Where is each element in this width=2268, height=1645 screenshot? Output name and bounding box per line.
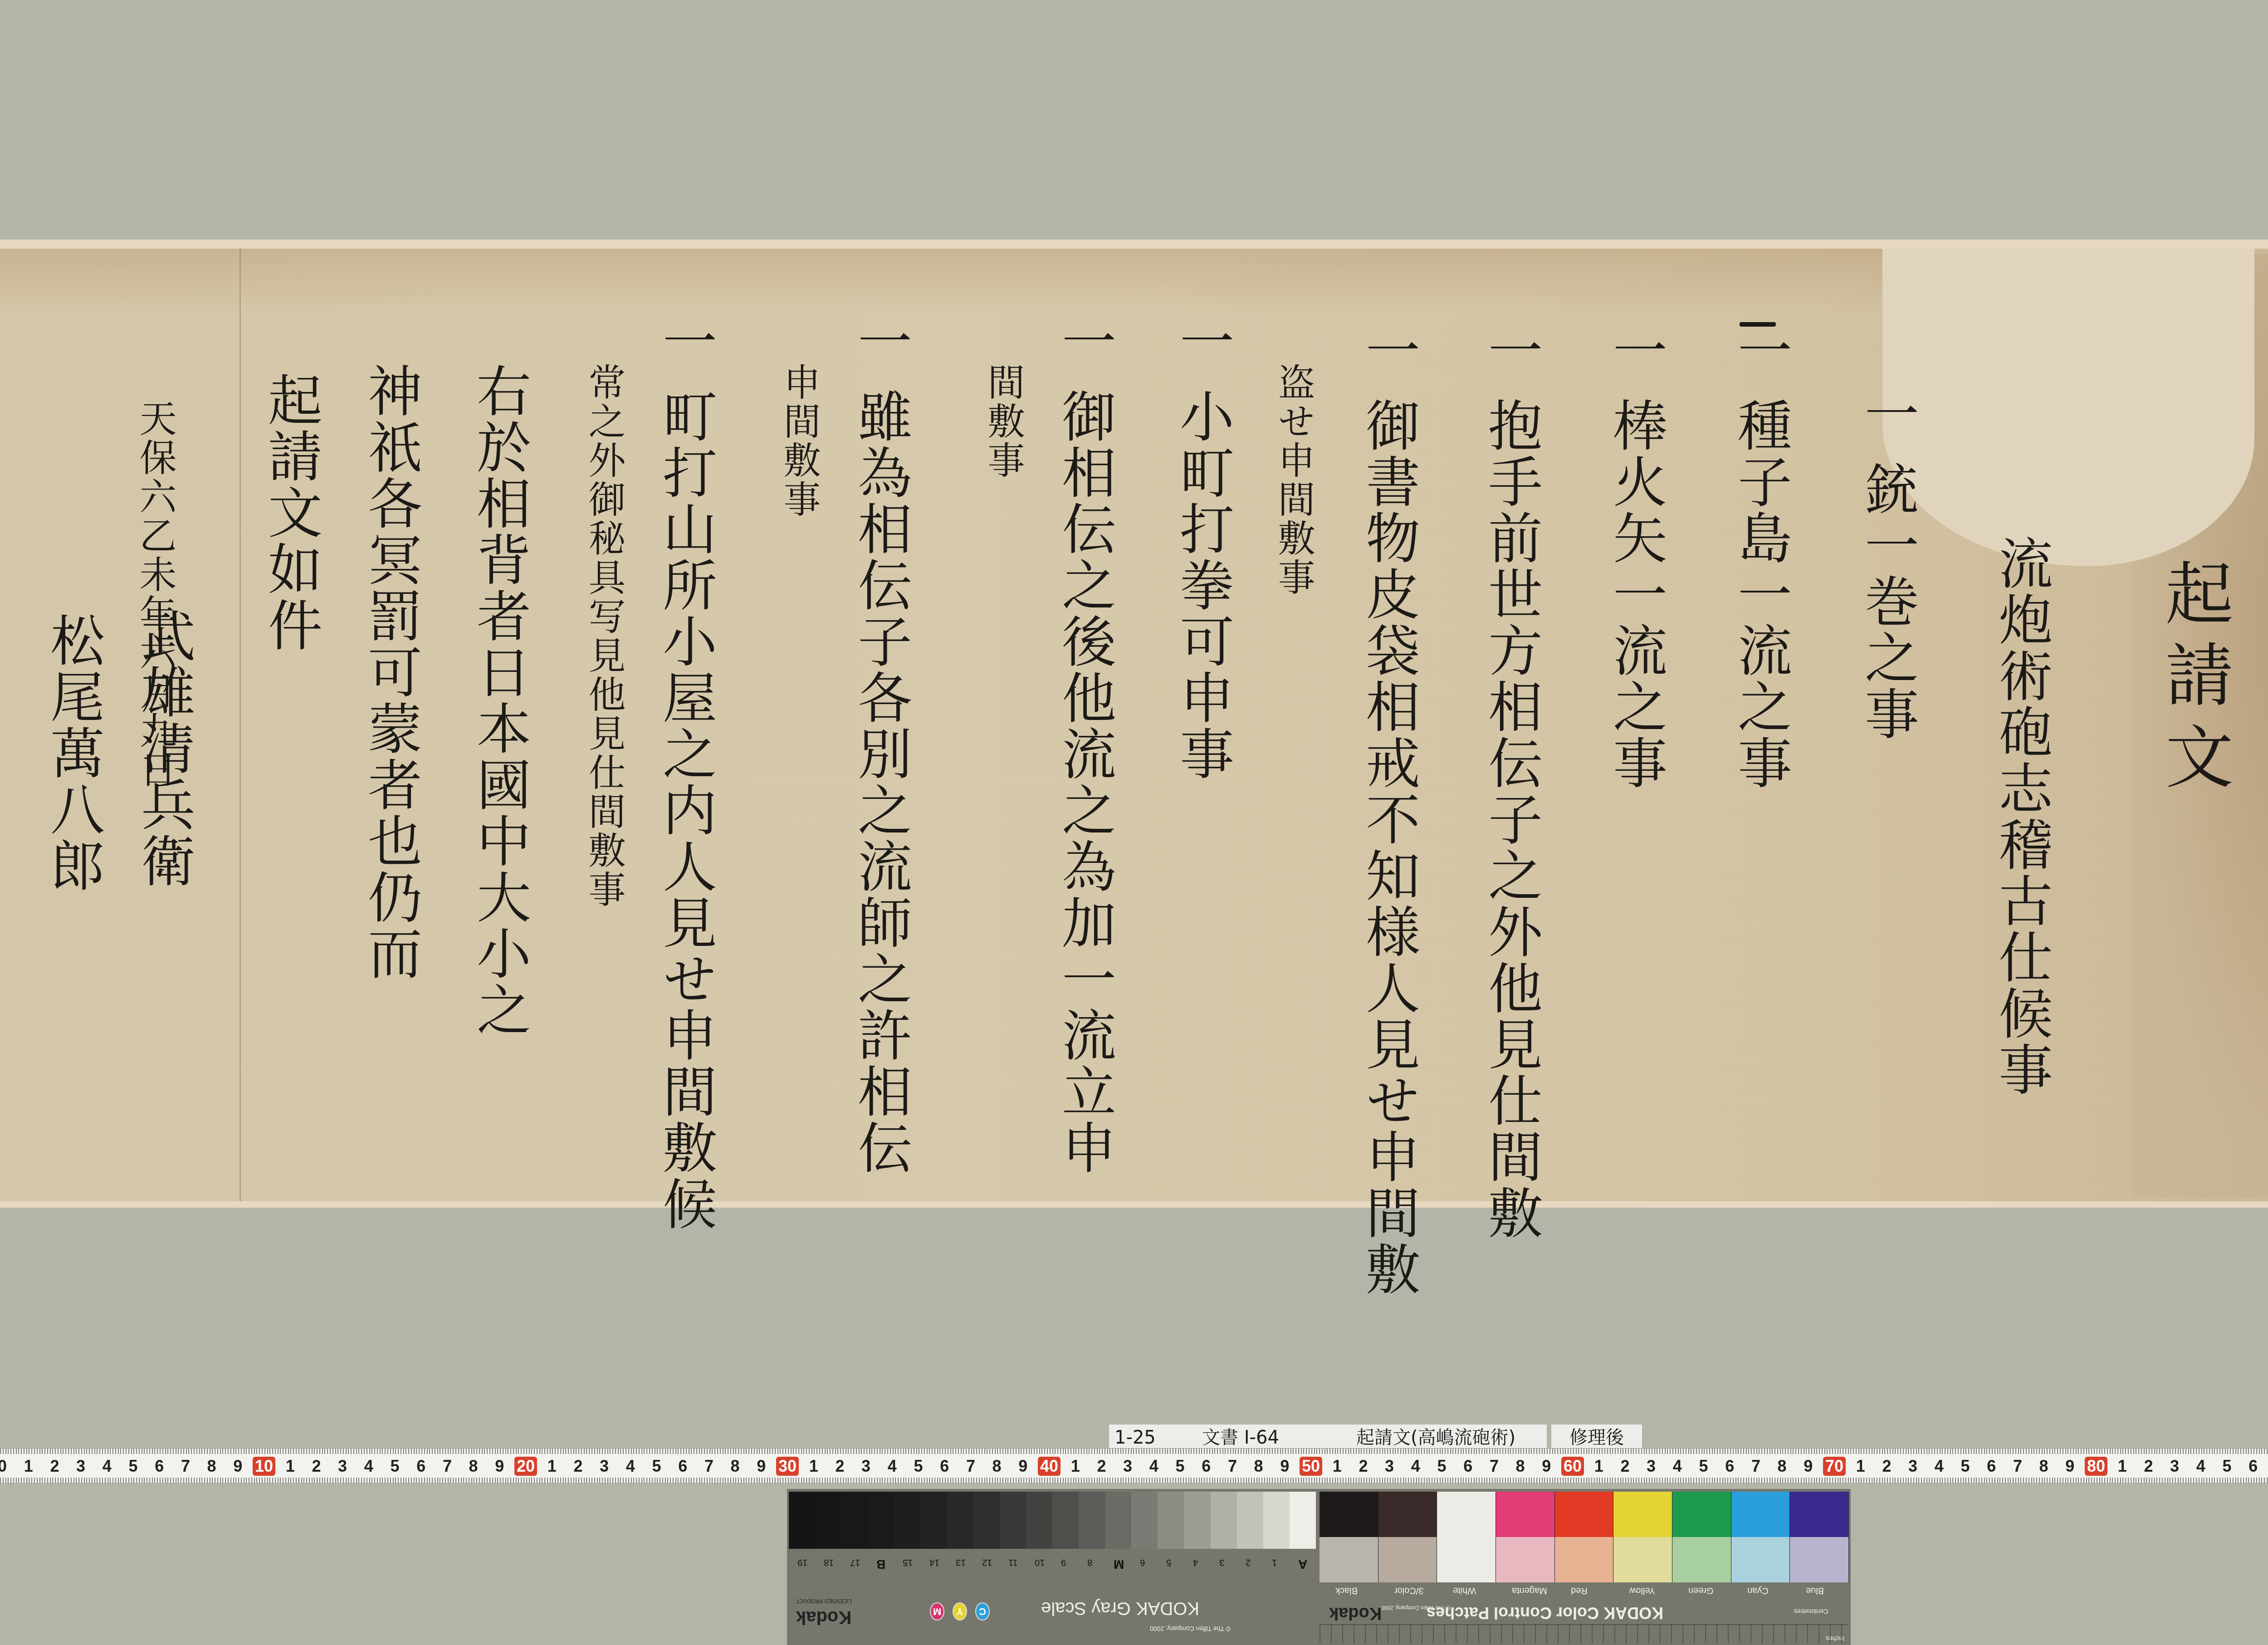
- preamble-column: 流炮術砲志稽古仕候事: [1994, 535, 2048, 1098]
- ruler-major-label: 60: [1561, 1457, 1584, 1476]
- signature-2: 松尾萬八郎: [45, 612, 100, 894]
- gray-step: [1000, 1492, 1026, 1549]
- ruler-digit: 3: [1383, 1457, 1396, 1476]
- gray-step: [1290, 1492, 1316, 1549]
- ruler-digit: 4: [624, 1457, 637, 1476]
- article-8: 一 雖為相伝子各別之流師之許相伝: [853, 313, 907, 1176]
- ruler-major-label: 70: [1823, 1457, 1846, 1476]
- ruler-digit: 5: [2220, 1457, 2234, 1476]
- gray-step-label: 10: [1035, 1557, 1045, 1567]
- ruler-digit: 7: [964, 1457, 978, 1476]
- ruler-digit: 1: [807, 1457, 821, 1476]
- article-6: 一 小町打拳可申事: [1175, 313, 1229, 782]
- article-1: 一 銃一巻之事: [1860, 386, 1914, 742]
- gray-step-label: 3: [1219, 1557, 1224, 1567]
- catalog-id: 1-25: [1114, 1425, 1156, 1451]
- ruler-digit: 5: [1697, 1457, 1711, 1476]
- ruler-digit: 7: [440, 1457, 454, 1476]
- article-7-continuation: 間敷事: [984, 363, 1022, 480]
- gray-step: [1263, 1492, 1290, 1549]
- gray-step-label: 4: [1193, 1557, 1198, 1567]
- gray-step: [868, 1492, 894, 1549]
- gray-step-label: 15: [903, 1557, 913, 1567]
- ruler-digit: 3: [859, 1457, 873, 1476]
- ruler-digit: 9: [231, 1457, 244, 1476]
- ruler-digit: 4: [885, 1457, 899, 1476]
- gray-card-title: KODAK Gray Scale: [1041, 1598, 1199, 1618]
- ruler-digit: 9: [1278, 1457, 1291, 1476]
- color-patch-3-color: [1378, 1492, 1437, 1582]
- gray-step: [1158, 1492, 1184, 1549]
- gray-step-label: A: [1298, 1557, 1307, 1572]
- ruler-digit: 4: [100, 1457, 114, 1476]
- ruler-digit: 6: [1461, 1457, 1475, 1476]
- ruler-digit: 4: [1147, 1457, 1161, 1476]
- gray-step-label: 11: [1008, 1557, 1018, 1567]
- ruler-digit: 4: [1932, 1457, 1946, 1476]
- gray-step: [841, 1492, 868, 1549]
- color-patch-magenta: [1496, 1492, 1555, 1582]
- ruler-digit: 9: [754, 1457, 768, 1476]
- gray-step: [1052, 1492, 1079, 1549]
- closing-line-3: 起請文如件: [263, 372, 318, 653]
- ruler-digit: 7: [2011, 1457, 2024, 1476]
- ruler-digit: 6: [1723, 1457, 1736, 1476]
- ruler-digit: 2: [1880, 1457, 1893, 1476]
- ruler-digit: 6: [938, 1457, 951, 1476]
- ruler-digit: 1: [1330, 1457, 1344, 1476]
- paper-loss-area: [1882, 249, 2254, 566]
- ruler-major-label: 30: [776, 1457, 799, 1476]
- patch-label: Black: [1335, 1585, 1358, 1596]
- gray-step-label: 5: [1166, 1557, 1171, 1567]
- ruler-digit: 7: [702, 1457, 716, 1476]
- patch-label: Green: [1688, 1585, 1714, 1596]
- article-9-continuation: 常之外御秘具写見他見仕間敷事: [585, 363, 622, 909]
- ruler-digit: 4: [362, 1457, 376, 1476]
- article-7: 一 御相伝之後他流之為加一流立申: [1057, 313, 1111, 1176]
- ruler-major-label: 20: [514, 1457, 537, 1476]
- repair-status-label: 修理後: [1551, 1425, 1642, 1451]
- inch-scale: [1320, 1624, 1849, 1643]
- ruler-digit: 1: [1592, 1457, 1606, 1476]
- color-card-copyright: © The Tiffen Company, 2000: [1381, 1605, 1450, 1611]
- ruler-digit: 1: [283, 1457, 297, 1476]
- ruler-digit: 1: [1069, 1457, 1082, 1476]
- gray-step-label: 1: [1272, 1557, 1277, 1567]
- color-patch-black: [1320, 1492, 1378, 1582]
- color-patch-white: [1437, 1492, 1496, 1582]
- ruler-digit: 4: [1671, 1457, 1684, 1476]
- ruler-digit: 3: [74, 1457, 88, 1476]
- ruler-digit: 5: [650, 1457, 664, 1476]
- ruler-digit: 8: [205, 1457, 219, 1476]
- gray-step: [1237, 1492, 1263, 1549]
- ruler-digit: 7: [1226, 1457, 1239, 1476]
- gray-step-label: 18: [824, 1557, 834, 1567]
- kodak-logo: Kodak: [796, 1607, 851, 1627]
- water-stain-top: [0, 249, 1882, 312]
- ruler-digit: 2: [571, 1457, 585, 1476]
- color-patch-cyan: [1731, 1492, 1790, 1582]
- kodak-color-control-card: Black3/ColorWhiteMagentaRedYellowGreenCy…: [1318, 1489, 1851, 1645]
- patch-label: Magenta: [1512, 1585, 1547, 1596]
- ruler-digit: 8: [467, 1457, 480, 1476]
- kodak-logo: Kodak: [1329, 1603, 1382, 1623]
- ruler-major-label: 40: [1038, 1457, 1061, 1476]
- cyan-dot: C: [975, 1602, 990, 1621]
- gray-step-label: 14: [929, 1557, 939, 1567]
- closing-line-2: 神祇各冥罰可蒙者也仍而: [363, 363, 417, 982]
- ruler-digit: 9: [2063, 1457, 2077, 1476]
- gray-step-label: 17: [850, 1557, 860, 1567]
- ruler-digit: 6: [1199, 1457, 1213, 1476]
- yellow-dot: Y: [953, 1602, 967, 1621]
- gray-step: [789, 1492, 815, 1549]
- gray-step: [1026, 1492, 1052, 1549]
- article-2: 一 種子島一流之事: [1733, 322, 1787, 791]
- ruler-digit: 3: [1644, 1457, 1658, 1476]
- gray-step-label: 9: [1061, 1557, 1066, 1567]
- gray-step: [1211, 1492, 1237, 1549]
- ruler-digit: 5: [388, 1457, 402, 1476]
- ruler-digit: 3: [2168, 1457, 2181, 1476]
- gray-step-label: 8: [1087, 1557, 1092, 1567]
- gray-step: [1184, 1492, 1210, 1549]
- ruler-digit: 2: [1356, 1457, 1370, 1476]
- ruler-digit: 3: [336, 1457, 349, 1476]
- patch-label: Blue: [1806, 1585, 1824, 1596]
- color-patch-red: [1555, 1492, 1614, 1582]
- ruler-digit: 9: [1540, 1457, 1553, 1476]
- ruler-digit: 9: [1016, 1457, 1030, 1476]
- measuring-tape: 0123456789101234567892012345678930123456…: [0, 1448, 2268, 1483]
- color-patches: [1320, 1492, 1849, 1582]
- units-centimetres: Centimetres: [1794, 1608, 1828, 1615]
- closing-line-1: 右於相背者日本國中大小之: [472, 363, 526, 1038]
- color-patch-blue: [1790, 1492, 1849, 1582]
- ruler-digit: 0: [0, 1457, 9, 1476]
- article-9: 一 町打山所小屋之内人見せ申間敷候: [658, 313, 712, 1232]
- ruler-digit: 3: [1906, 1457, 1920, 1476]
- gray-step: [815, 1492, 841, 1549]
- ruler-major-label: 10: [253, 1457, 275, 1476]
- gray-step: [894, 1492, 920, 1549]
- catalog-label: 1-25 文書 I-64 起請文(高嶋流砲術): [1109, 1425, 1547, 1451]
- gray-step: [920, 1492, 947, 1549]
- ruler-digit: 8: [2037, 1457, 2051, 1476]
- ruler-digit: 6: [414, 1457, 428, 1476]
- ruler-digit: 4: [1409, 1457, 1422, 1476]
- patch-label: Cyan: [1747, 1585, 1769, 1596]
- ruler-digit: 3: [597, 1457, 611, 1476]
- gray-step-label: 12: [982, 1557, 992, 1567]
- ruler-digit: 9: [493, 1457, 506, 1476]
- ruler-digit: 5: [1435, 1457, 1449, 1476]
- ruler-major-label: 50: [1300, 1457, 1322, 1476]
- magenta-dot: M: [930, 1602, 944, 1621]
- kodak-gray-scale-card: 191817B15141312111098M654321A KODAK Gray…: [787, 1489, 1318, 1645]
- gray-step-label: 6: [1140, 1557, 1145, 1567]
- ruler-digit: 3: [1121, 1457, 1134, 1476]
- ruler-digit: 6: [2246, 1457, 2260, 1476]
- ruler-digit: 8: [1775, 1457, 1789, 1476]
- ruler-digit: 8: [1514, 1457, 1527, 1476]
- ruler-digit: 2: [309, 1457, 323, 1476]
- article-5: 一 御書物皮袋相戒不知様人見せ申間敷: [1361, 322, 1415, 1297]
- signature-1: 武雄清兵衛: [136, 608, 191, 889]
- ruler-digit: 2: [1095, 1457, 1108, 1476]
- ruler-digit: 8: [1252, 1457, 1266, 1476]
- gray-steps: [789, 1492, 1316, 1549]
- ruler-digit: 6: [676, 1457, 689, 1476]
- catalog-title: 起請文(高嶋流砲術): [1356, 1425, 1515, 1451]
- ruler-digit: 5: [1173, 1457, 1187, 1476]
- patch-label: Red: [1571, 1585, 1588, 1596]
- ruler-digit: 8: [728, 1457, 742, 1476]
- ruler-digit: 5: [127, 1457, 140, 1476]
- ruler-digit: 1: [545, 1457, 559, 1476]
- gray-step-label: M: [1114, 1557, 1124, 1572]
- ruler-digit: 2: [2141, 1457, 2155, 1476]
- ruler-digit: 2: [833, 1457, 846, 1476]
- document-title: 起請文: [2159, 558, 2227, 803]
- article-8-continuation: 申間敷事: [780, 363, 817, 519]
- gray-step: [973, 1492, 1000, 1549]
- ruler-digit: 7: [179, 1457, 192, 1476]
- color-card-title: KODAK Color Control Patches: [1427, 1603, 1663, 1622]
- color-patch-yellow: [1613, 1492, 1672, 1582]
- gray-step-label: B: [876, 1557, 885, 1572]
- ruler-digit: 1: [2116, 1457, 2129, 1476]
- gray-card-copyright: © The Tiffen Company, 2000: [1150, 1625, 1231, 1632]
- color-patch-green: [1672, 1492, 1731, 1582]
- patch-label: 3/Color: [1394, 1585, 1423, 1596]
- ruler-digit: 7: [1487, 1457, 1501, 1476]
- gray-step-label: 13: [956, 1557, 966, 1567]
- ruler-digit: 1: [1854, 1457, 1867, 1476]
- article-5-continuation: 盗せ申間敷事: [1275, 363, 1312, 597]
- gray-step-label: 19: [797, 1557, 807, 1567]
- ruler-major-label: 80: [2085, 1457, 2107, 1476]
- paper-seam: [240, 249, 241, 1201]
- licensed-product: LICENSED PRODUCT: [796, 1598, 852, 1604]
- ruler-digit: 6: [152, 1457, 166, 1476]
- catalog-doc-number: 文書 I-64: [1202, 1425, 1279, 1451]
- ruler-digit: 2: [1618, 1457, 1632, 1476]
- ruler-digit: 5: [1959, 1457, 1972, 1476]
- ruler-digit: 4: [2194, 1457, 2208, 1476]
- gray-step: [1131, 1492, 1158, 1549]
- ruler-digit: 5: [912, 1457, 925, 1476]
- gray-step-label: 2: [1246, 1557, 1251, 1567]
- gray-step: [1105, 1492, 1131, 1549]
- ruler-digit: 9: [1801, 1457, 1815, 1476]
- ruler-digit: 2: [48, 1457, 61, 1476]
- article-4: 一 抱手前世方相伝子之外他見仕間敷: [1483, 322, 1538, 1241]
- patch-label: Yellow: [1629, 1585, 1655, 1596]
- ruler-digit: 8: [990, 1457, 1004, 1476]
- article-3: 一 棒火矢一流之事: [1608, 322, 1662, 791]
- ruler-digit: 1: [22, 1457, 35, 1476]
- gray-step: [947, 1492, 973, 1549]
- patch-label: White: [1453, 1585, 1476, 1596]
- ruler-digit: 7: [1749, 1457, 1763, 1476]
- ruler-digit: 6: [1984, 1457, 1998, 1476]
- gray-step: [1079, 1492, 1105, 1549]
